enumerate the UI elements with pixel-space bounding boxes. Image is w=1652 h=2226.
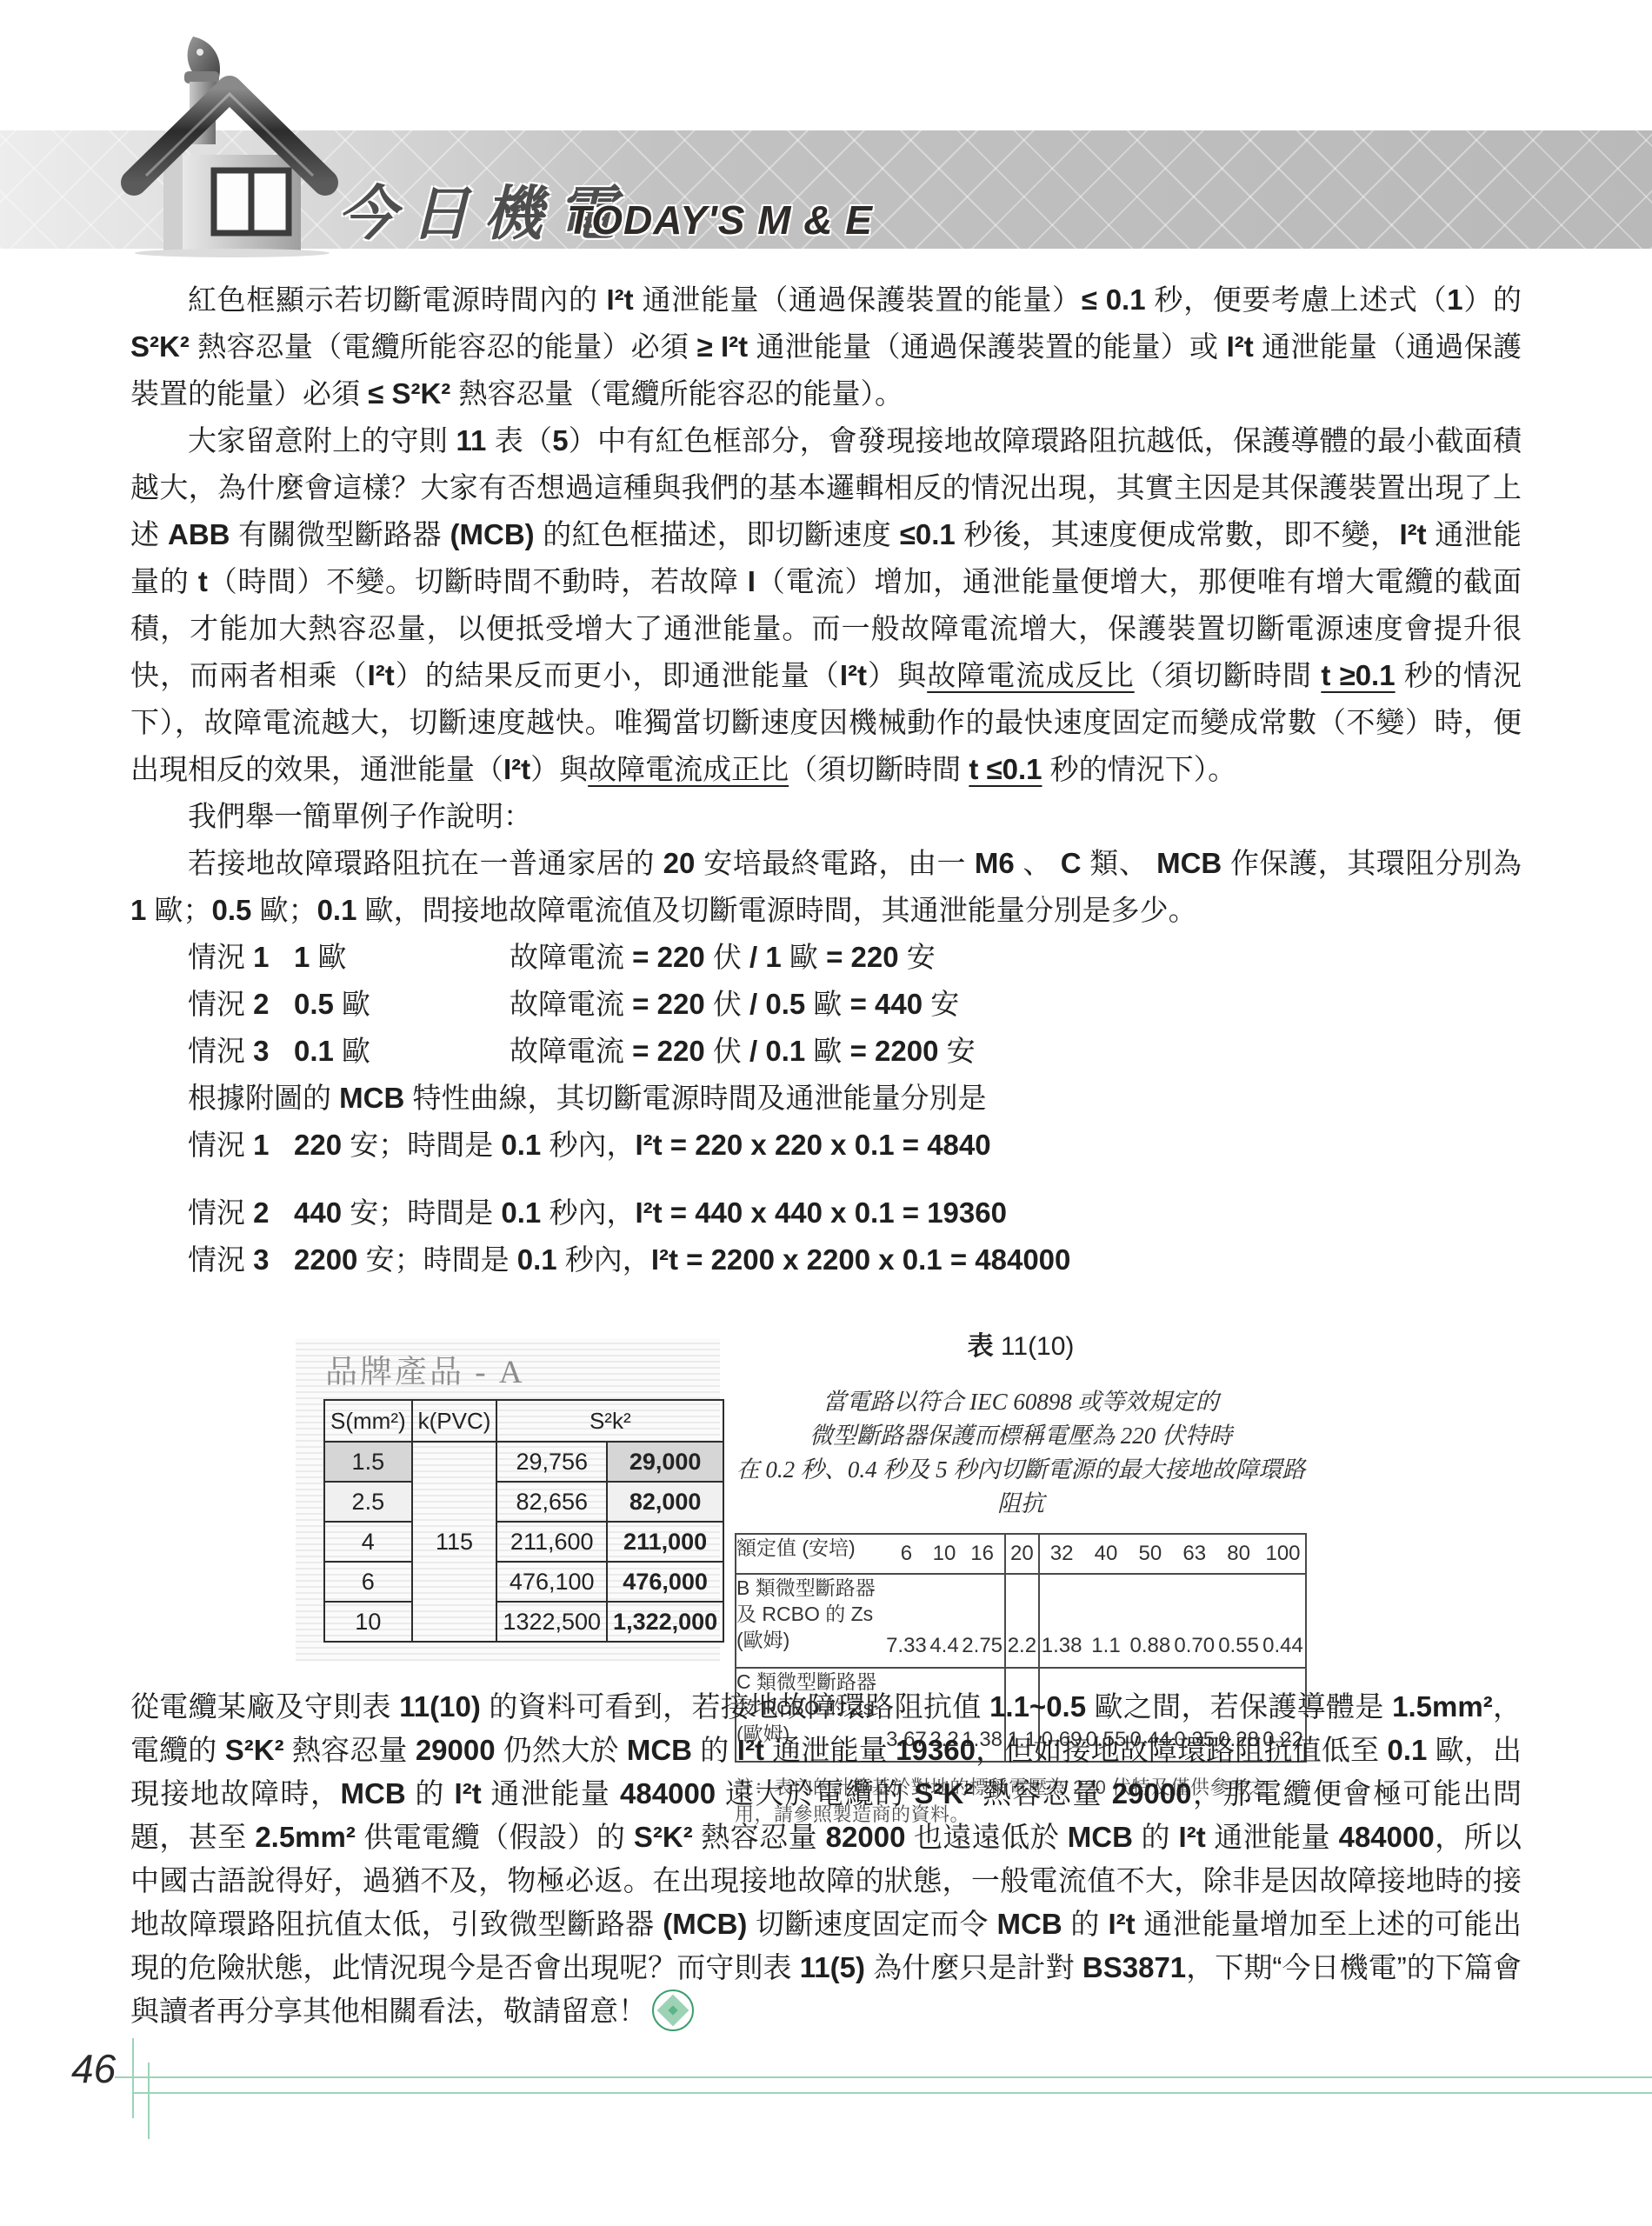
col-header-s: S(mm²) — [324, 1400, 412, 1442]
cell-s: 1.5 — [324, 1442, 412, 1482]
zs-value: 0.70 — [1172, 1574, 1216, 1668]
rating-label: 額定值 (安培) — [736, 1534, 884, 1574]
result-label: 情況 1 — [188, 1122, 294, 1169]
page-number: 46 — [71, 2045, 116, 2092]
table-11-10-subtitle: 當電路以符合 IEC 60898 或等效規定的 微型斷路器保護而標稱電壓為 22… — [735, 1385, 1307, 1521]
caption-number: 11(10) — [1001, 1332, 1075, 1361]
rating-value: 80 — [1216, 1534, 1261, 1574]
zs-value: 4.4 — [929, 1574, 960, 1668]
brand-product-table: S(mm²) k(PVC) S²k² 1.5 115 29,756 29,000… — [323, 1399, 724, 1643]
table-row: 2.5 82,656 82,000 — [324, 1482, 723, 1522]
result-text: 440 安；時間是 0.1 秒內，I²t = 440 x 440 x 0.1 =… — [294, 1190, 1007, 1236]
rating-value: 40 — [1084, 1534, 1129, 1574]
rating-value: 16 — [960, 1534, 1005, 1574]
footer-green-vertical-line — [148, 2063, 150, 2139]
result-row-1: 情況 1 220 安；時間是 0.1 秒內，I²t = 220 x 220 x … — [188, 1122, 1522, 1169]
table-row: 1.5 115 29,756 29,000 — [324, 1442, 723, 1482]
table-row: 4 211,600 211,000 — [324, 1522, 723, 1562]
zs-value: 1.38 — [1039, 1574, 1084, 1668]
cell-rated: 29,000 — [607, 1442, 723, 1482]
subtitle-line: 當電路以符合 IEC 60898 或等效規定的 — [735, 1385, 1307, 1419]
brand-product-title: 品牌產品 - A — [325, 1345, 720, 1392]
closing-paragraph-container: 從電纜某廠及守則表 11(10) 的資料可看到，若接地故障環路阻抗值 1.1~0… — [130, 1685, 1522, 2033]
paragraph-rule11-table5: 大家留意附上的守則 11 表（5）中有紅色框部分，會發現接地故障環路阻抗越低，保… — [130, 417, 1522, 793]
figures-row: 品牌產品 - A S(mm²) k(PVC) S²k² 1.5 115 29,7… — [0, 1324, 1652, 1668]
type-b-label: B 類微型斷路器 及 RCBO 的 Zs (歐姆) — [736, 1574, 884, 1668]
paragraph-example-intro: 我們舉一簡單例子作說明： — [130, 793, 1522, 840]
zs-value: 0.88 — [1128, 1574, 1172, 1668]
rating-value: 100 — [1261, 1534, 1306, 1574]
closing-paragraph: 從電纜某廠及守則表 11(10) 的資料可看到，若接地故障環路阻抗值 1.1~0… — [130, 1690, 1522, 2027]
footer-green-horizontal-line — [115, 2076, 1652, 2078]
rating-header-row: 額定值 (安培) 6 10 16 20 32 40 50 63 80 100 — [736, 1534, 1306, 1574]
footer-green-horizontal-line — [132, 2092, 1652, 2094]
result-text: 220 安；時間是 0.1 秒內，I²t = 220 x 220 x 0.1 =… — [294, 1122, 991, 1169]
cell-calc: 82,656 — [496, 1482, 607, 1522]
case-label: 情況 3 — [188, 1028, 294, 1075]
case-label: 情況 1 — [188, 934, 294, 981]
magazine-page: 今日機電 TODAY'S M & E 紅色框顯示若切斷電源時間內的 I²t 通泄… — [0, 0, 1652, 2226]
case-formula: 故障電流 = 220 伏 / 1 歐 = 220 安 — [510, 934, 936, 981]
zs-value: 0.44 — [1261, 1574, 1306, 1668]
cell-rated: 476,000 — [607, 1562, 723, 1602]
result-label: 情況 3 — [188, 1236, 294, 1283]
case-row-3: 情況 3 0.1 歐 故障電流 = 220 伏 / 0.1 歐 = 2200 安 — [188, 1028, 1522, 1075]
result-row-2: 情況 2 440 安；時間是 0.1 秒內，I²t = 440 x 440 x … — [188, 1190, 1522, 1236]
cell-calc: 29,756 — [496, 1442, 607, 1482]
case-formula: 故障電流 = 220 伏 / 0.5 歐 = 440 安 — [510, 981, 959, 1028]
col-header-k: k(PVC) — [412, 1400, 497, 1442]
rating-value: 10 — [929, 1534, 960, 1574]
rating-value: 6 — [884, 1534, 929, 1574]
rating-value: 50 — [1128, 1534, 1172, 1574]
rating-value: 63 — [1172, 1534, 1216, 1574]
paragraph-example-setup: 若接地故障環路阻抗在一普通家居的 20 安培最終電路，由一 M6 、 C 類、 … — [130, 840, 1522, 934]
col-header-s2k2: S²k² — [496, 1400, 723, 1442]
cell-calc: 211,600 — [496, 1522, 607, 1562]
paragraph-mcb-curve: 根據附圖的 MCB 特性曲線，其切斷電源時間及通泄能量分別是 — [130, 1075, 1522, 1122]
table-row: 6 476,100 476,000 — [324, 1562, 723, 1602]
result-text: 2200 安；時間是 0.1 秒內，I²t = 2200 x 2200 x 0.… — [294, 1236, 1070, 1283]
cell-calc: 476,100 — [496, 1562, 607, 1602]
zs-value: 1.1 — [1084, 1574, 1129, 1668]
cell-rated: 211,000 — [607, 1522, 723, 1562]
case-row-1: 情況 1 1 歐 故障電流 = 220 伏 / 1 歐 = 220 安 — [188, 934, 1522, 981]
case-impedance: 0.1 歐 — [294, 1028, 510, 1075]
zs-value: 2.75 — [960, 1574, 1005, 1668]
cell-rated: 1,322,000 — [607, 1602, 723, 1642]
footer-green-vertical-line — [132, 2038, 134, 2118]
paragraph-red-box-rule: 紅色框顯示若切斷電源時間內的 I²t 通泄能量（通過保護裝置的能量）≤ 0.1 … — [130, 277, 1522, 417]
zs-value: 0.55 — [1216, 1574, 1261, 1668]
house-logo-icon — [120, 31, 339, 257]
result-label: 情況 2 — [188, 1190, 294, 1236]
end-seal-icon — [652, 1989, 694, 2031]
case-impedance: 0.5 歐 — [294, 981, 510, 1028]
table-header-row: S(mm²) k(PVC) S²k² — [324, 1400, 723, 1442]
subtitle-line: 在 0.2 秒、0.4 秒及 5 秒內切斷電源的最大接地故障環路阻抗 — [735, 1453, 1307, 1521]
result-row-3: 情況 3 2200 安；時間是 0.1 秒內，I²t = 2200 x 2200… — [188, 1236, 1522, 1283]
brand-product-slide: 品牌產品 - A S(mm²) k(PVC) S²k² 1.5 115 29,7… — [296, 1338, 720, 1662]
caption-prefix: 表 — [968, 1332, 994, 1361]
cell-s: 4 — [324, 1522, 412, 1562]
case-impedance: 1 歐 — [294, 934, 510, 981]
rating-value-highlighted: 20 — [1005, 1534, 1039, 1574]
case-label: 情況 2 — [188, 981, 294, 1028]
rating-value: 32 — [1039, 1534, 1084, 1574]
cell-calc: 1322,500 — [496, 1602, 607, 1642]
type-b-row: B 類微型斷路器 及 RCBO 的 Zs (歐姆) 7.33 4.4 2.75 … — [736, 1574, 1306, 1668]
cell-s: 2.5 — [324, 1482, 412, 1522]
cell-k-value: 115 — [412, 1442, 497, 1642]
cell-s: 6 — [324, 1562, 412, 1602]
article-body: 紅色框顯示若切斷電源時間內的 I²t 通泄能量（通過保護裝置的能量）≤ 0.1 … — [130, 277, 1522, 1283]
table-row: 10 1322,500 1,322,000 — [324, 1602, 723, 1642]
magazine-title-english: TODAY'S M & E — [567, 197, 873, 243]
subtitle-line: 微型斷路器保護而標稱電壓為 220 伏特時 — [735, 1419, 1307, 1453]
cell-s: 10 — [324, 1602, 412, 1642]
cell-rated: 82,000 — [607, 1482, 723, 1522]
table-11-10-caption: 表 11(10) — [735, 1324, 1307, 1363]
case-row-2: 情況 2 0.5 歐 故障電流 = 220 伏 / 0.5 歐 = 440 安 — [188, 981, 1522, 1028]
zs-value: 7.33 — [884, 1574, 929, 1668]
zs-value-highlighted: 2.2 — [1005, 1574, 1039, 1668]
case-formula: 故障電流 = 220 伏 / 0.1 歐 = 2200 安 — [510, 1028, 976, 1075]
